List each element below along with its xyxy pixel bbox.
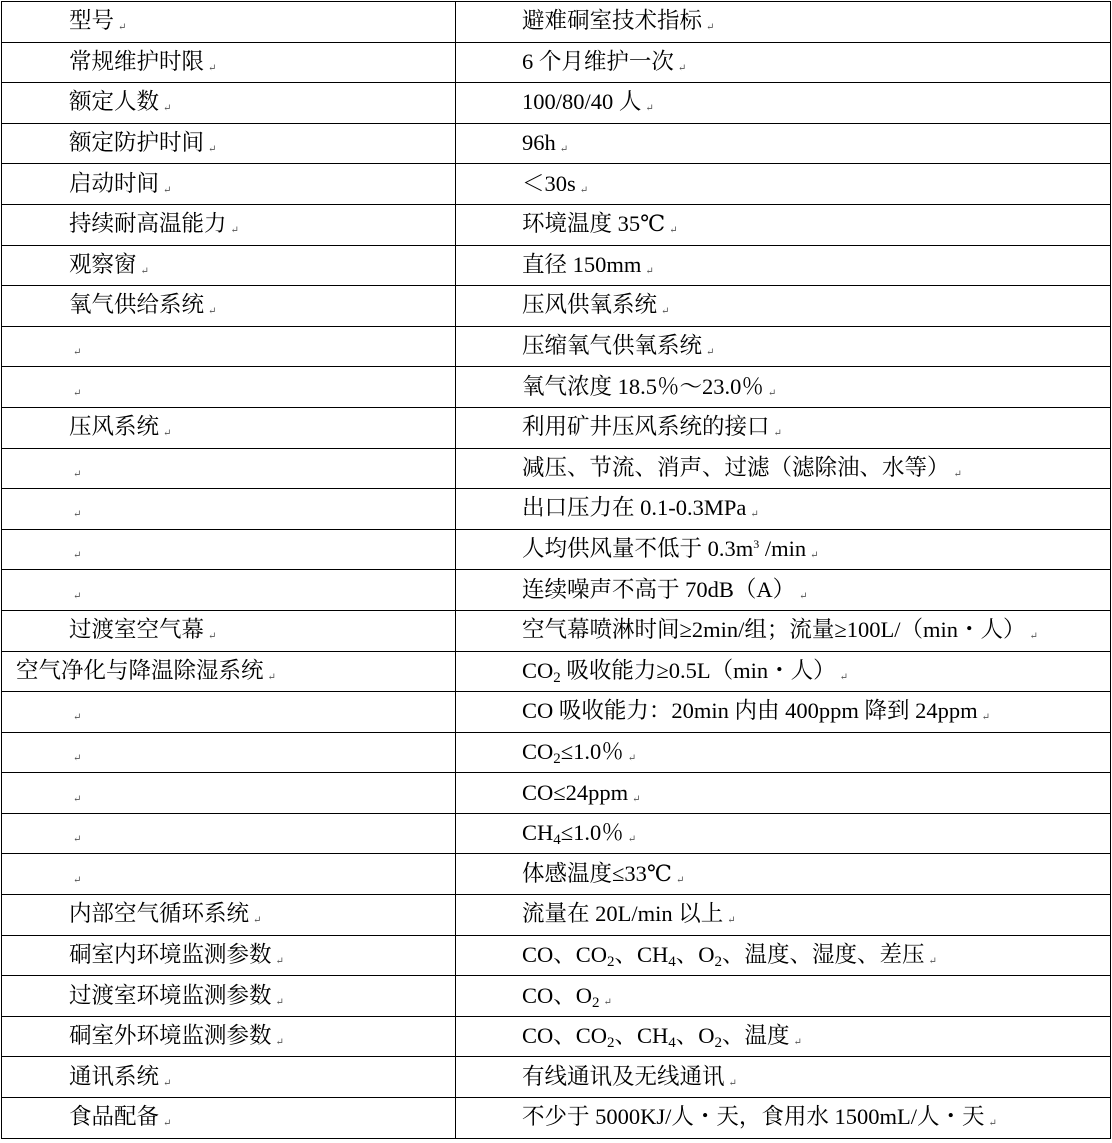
table-row: ↵连续噪声不高于 70dB（A）↵ [2,570,1111,611]
value-cell: 出口压力在 0.1-0.3MPa↵ [456,489,1111,530]
paragraph-mark-icon: ↵ [253,915,261,926]
label-cell: ↵ [2,854,456,895]
paragraph-mark-icon: ↵ [706,22,714,33]
table-row: 过渡室空气幕↵空气幕喷淋时间≥2min/组；流量≥100L/（min・人）↵ [2,610,1111,651]
table-row: 通讯系统↵有线通讯及无线通讯↵ [2,1057,1111,1098]
value-cell: 96h↵ [456,123,1111,164]
paragraph-mark-icon: ↵ [73,875,81,886]
paragraph-mark-icon: ↵ [118,22,126,33]
table-row: ↵CO 吸收能力：20min 内由 400ppm 降到 24ppm↵ [2,692,1111,733]
paragraph-mark-icon: ↵ [208,144,216,155]
table-row: 额定防护时间↵96h↵ [2,123,1111,164]
spec-table: 型号↵避难硐室技术指标↵ 常规维护时限↵6 个月维护一次↵ 额定人数↵100/8… [1,1,1111,1139]
table-row: 氧气供给系统↵压风供氧系统↵ [2,286,1111,327]
paragraph-mark-icon: ↵ [1029,631,1037,642]
label-cell: 额定防护时间↵ [2,123,456,164]
paragraph-mark-icon: ↵ [774,428,782,439]
paragraph-mark-icon: ↵ [810,550,818,561]
label-cell: 压风系统↵ [2,407,456,448]
label-cell: 硐室内环境监测参数↵ [2,935,456,976]
label-cell: 过渡室环境监测参数↵ [2,976,456,1017]
label-cell: 型号↵ [2,2,456,43]
paragraph-mark-icon: ↵ [163,428,171,439]
paragraph-mark-icon: ↵ [276,956,284,967]
paragraph-mark-icon: ↵ [276,997,284,1008]
paragraph-mark-icon: ↵ [580,185,588,196]
paragraph-mark-icon: ↵ [73,347,81,358]
paragraph-mark-icon: ↵ [73,469,81,480]
label-cell: ↵ [2,732,456,773]
paragraph-mark-icon: ↵ [604,997,612,1008]
table-row: ↵出口压力在 0.1-0.3MPa↵ [2,489,1111,530]
label-cell: 通讯系统↵ [2,1057,456,1098]
value-cell: CO≤24ppm↵ [456,773,1111,814]
paragraph-mark-icon: ↵ [678,63,686,74]
label-cell: 启动时间↵ [2,164,456,205]
value-cell: 不少于 5000KJ/人・天，食用水 1500mL/人・天↵ [456,1098,1111,1139]
value-cell: 环境温度 35℃↵ [456,204,1111,245]
label-cell: 常规维护时限↵ [2,42,456,83]
value-cell: 压缩氧气供氧系统↵ [456,326,1111,367]
label-cell: ↵ [2,773,456,814]
table-row: 型号↵避难硐室技术指标↵ [2,2,1111,43]
paragraph-mark-icon: ↵ [73,753,81,764]
value-cell: CO、CO2、CH4、O2、温度、湿度、差压↵ [456,935,1111,976]
value-cell: 流量在 20L/min 以上↵ [456,895,1111,936]
paragraph-mark-icon: ↵ [954,469,962,480]
paragraph-mark-icon: ↵ [706,347,714,358]
label-cell: 额定人数↵ [2,83,456,124]
paragraph-mark-icon: ↵ [276,1037,284,1048]
label-cell: ↵ [2,813,456,854]
paragraph-mark-icon: ↵ [645,266,653,277]
label-cell: ↵ [2,692,456,733]
label-cell: 食品配备↵ [2,1098,456,1139]
value-cell: CH4≤1.0％↵ [456,813,1111,854]
table-row: 压风系统↵利用矿井压风系统的接口↵ [2,407,1111,448]
paragraph-mark-icon: ↵ [676,875,684,886]
label-cell: ↵ [2,489,456,530]
table-row: 食品配备↵不少于 5000KJ/人・天，食用水 1500mL/人・天↵ [2,1098,1111,1139]
paragraph-mark-icon: ↵ [560,144,568,155]
paragraph-mark-icon: ↵ [982,712,990,723]
paragraph-mark-icon: ↵ [669,225,677,236]
paragraph-mark-icon: ↵ [727,915,735,926]
paragraph-mark-icon: ↵ [73,834,81,845]
paragraph-mark-icon: ↵ [628,834,636,845]
table-row: 常规维护时限↵6 个月维护一次↵ [2,42,1111,83]
table-row: ↵CH4≤1.0％↵ [2,813,1111,854]
table-row: ↵体感温度≤33℃↵ [2,854,1111,895]
table-row: 观察窗↵直径 150mm↵ [2,245,1111,286]
value-cell: 人均供风量不低于 0.3m3 /min↵ [456,529,1111,570]
paragraph-mark-icon: ↵ [729,1078,737,1089]
table-row: 持续耐高温能力↵环境温度 35℃↵ [2,204,1111,245]
value-cell: 减压、节流、消声、过滤（滤除油、水等）↵ [456,448,1111,489]
paragraph-mark-icon: ↵ [208,63,216,74]
value-cell: 有线通讯及无线通讯↵ [456,1057,1111,1098]
paragraph-mark-icon: ↵ [141,266,149,277]
label-cell: ↵ [2,367,456,408]
value-cell: 利用矿井压风系统的接口↵ [456,407,1111,448]
value-cell: 压风供氧系统↵ [456,286,1111,327]
table-row: 硐室外环境监测参数↵CO、CO2、CH4、O2、温度↵ [2,1016,1111,1057]
table-row: ↵人均供风量不低于 0.3m3 /min↵ [2,529,1111,570]
paragraph-mark-icon: ↵ [268,672,276,683]
paragraph-mark-icon: ↵ [794,1037,802,1048]
table-row: ↵减压、节流、消声、过滤（滤除油、水等）↵ [2,448,1111,489]
table-row: ↵氧气浓度 18.5％～23.0％↵ [2,367,1111,408]
paragraph-mark-icon: ↵ [989,1118,997,1129]
value-cell: 连续噪声不高于 70dB（A）↵ [456,570,1111,611]
table-row: 内部空气循环系统↵流量在 20L/min 以上↵ [2,895,1111,936]
value-cell: 体感温度≤33℃↵ [456,854,1111,895]
value-cell: CO、CO2、CH4、O2、温度↵ [456,1016,1111,1057]
table-row: 过渡室环境监测参数↵CO、O2↵ [2,976,1111,1017]
label-cell: ↵ [2,570,456,611]
paragraph-mark-icon: ↵ [163,103,171,114]
paragraph-mark-icon: ↵ [645,103,653,114]
paragraph-mark-icon: ↵ [632,794,640,805]
table-row: 额定人数↵100/80/40 人↵ [2,83,1111,124]
value-cell: 直径 150mm↵ [456,245,1111,286]
paragraph-mark-icon: ↵ [163,1078,171,1089]
label-cell: ↵ [2,529,456,570]
paragraph-mark-icon: ↵ [628,753,636,764]
paragraph-mark-icon: ↵ [73,550,81,561]
table-row: ↵CO2≤1.0％↵ [2,732,1111,773]
label-cell: ↵ [2,448,456,489]
paragraph-mark-icon: ↵ [661,306,669,317]
value-cell: 空气幕喷淋时间≥2min/组；流量≥100L/（min・人）↵ [456,610,1111,651]
paragraph-mark-icon: ↵ [208,306,216,317]
paragraph-mark-icon: ↵ [73,388,81,399]
value-cell: CO2 吸收能力≥0.5L（min・人）↵ [456,651,1111,692]
value-cell: 6 个月维护一次↵ [456,42,1111,83]
table-row: 空气净化与降温除湿系统↵CO2 吸收能力≥0.5L（min・人）↵ [2,651,1111,692]
table-row: 硐室内环境监测参数↵CO、CO2、CH4、O2、温度、湿度、差压↵ [2,935,1111,976]
value-cell: CO2≤1.0％↵ [456,732,1111,773]
value-cell: 氧气浓度 18.5％～23.0％↵ [456,367,1111,408]
paragraph-mark-icon: ↵ [73,712,81,723]
label-cell: ↵ [2,326,456,367]
paragraph-mark-icon: ↵ [73,794,81,805]
paragraph-mark-icon: ↵ [73,509,81,520]
paragraph-mark-icon: ↵ [208,631,216,642]
table-row: ↵CO≤24ppm↵ [2,773,1111,814]
label-cell: 持续耐高温能力↵ [2,204,456,245]
value-cell: 避难硐室技术指标↵ [456,2,1111,43]
label-cell: 空气净化与降温除湿系统↵ [2,651,456,692]
label-cell: 硐室外环境监测参数↵ [2,1016,456,1057]
label-cell: 内部空气循环系统↵ [2,895,456,936]
value-cell: CO、O2↵ [456,976,1111,1017]
paragraph-mark-icon: ↵ [929,956,937,967]
value-cell: 100/80/40 人↵ [456,83,1111,124]
label-cell: 观察窗↵ [2,245,456,286]
table-row: 启动时间↵＜30s↵ [2,164,1111,205]
paragraph-mark-icon: ↵ [73,591,81,602]
label-cell: 氧气供给系统↵ [2,286,456,327]
paragraph-mark-icon: ↵ [163,185,171,196]
paragraph-mark-icon: ↵ [840,672,848,683]
value-cell: ＜30s↵ [456,164,1111,205]
paragraph-mark-icon: ↵ [750,509,758,520]
table-row: ↵压缩氧气供氧系统↵ [2,326,1111,367]
paragraph-mark-icon: ↵ [231,225,239,236]
label-cell: 过渡室空气幕↵ [2,610,456,651]
paragraph-mark-icon: ↵ [768,388,776,399]
paragraph-mark-icon: ↵ [163,1118,171,1129]
paragraph-mark-icon: ↵ [799,591,807,602]
value-cell: CO 吸收能力：20min 内由 400ppm 降到 24ppm↵ [456,692,1111,733]
